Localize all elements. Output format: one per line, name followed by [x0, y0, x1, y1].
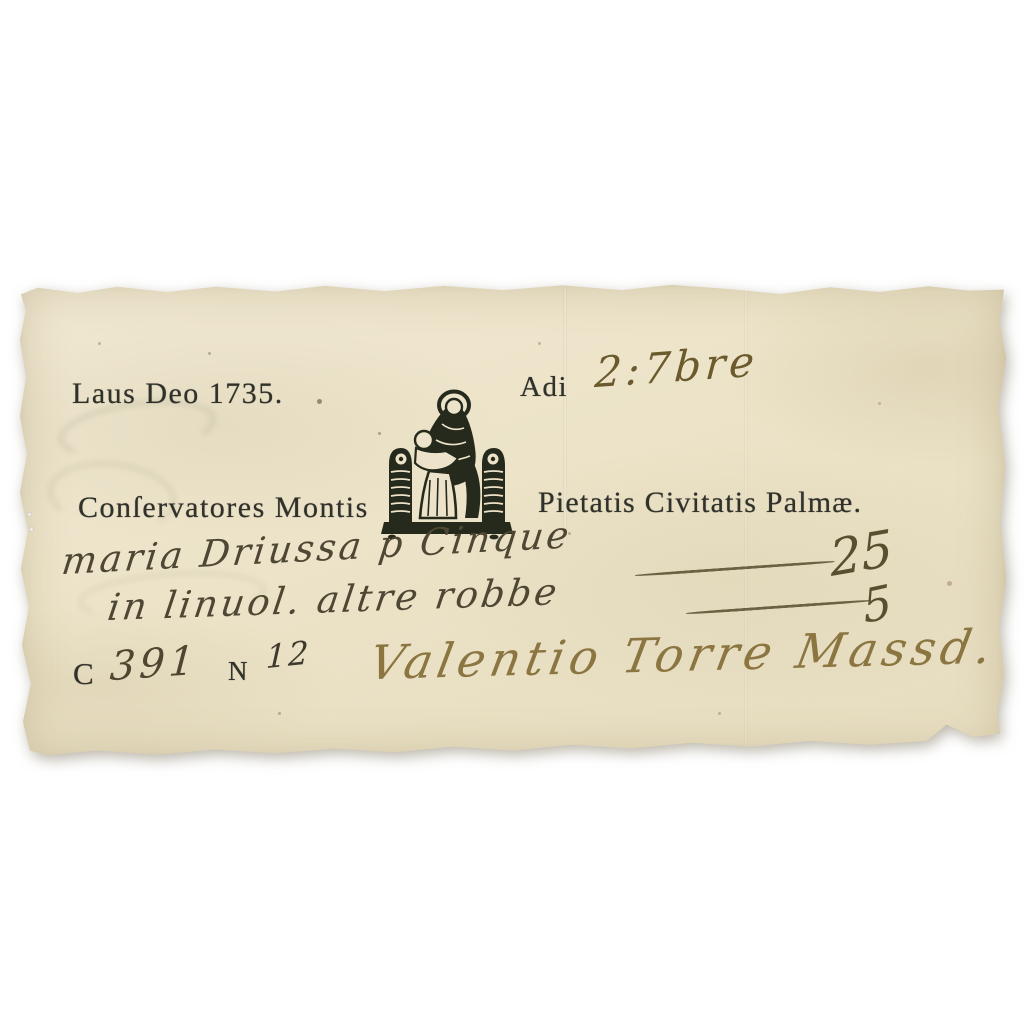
madonna-head	[446, 399, 462, 415]
printed-title-right: Pietatis Civitatis Palmæ.	[538, 486, 862, 520]
handwritten-entry-line2: in linuol. altre robbe	[105, 570, 563, 629]
amount-dash	[686, 599, 871, 615]
printed-title-left: Conſervatores Montis	[78, 491, 369, 525]
amount-dash	[635, 560, 835, 577]
pinhole	[27, 512, 32, 517]
handwritten-date: 2:7bre	[593, 336, 759, 397]
receipt-paper-shadow: Laus Deo 1735. Adi 2:7bre	[18, 282, 1008, 760]
photo-of-receipt: Laus Deo 1735. Adi 2:7bre	[0, 0, 1024, 1024]
printed-date-label: Adi	[520, 371, 568, 404]
pinhole	[29, 527, 34, 532]
printed-header-laus-deo: Laus Deo 1735.	[72, 377, 284, 411]
christ-head	[415, 431, 433, 449]
handwritten-signature: Valentio Torre Massd.	[365, 619, 1001, 691]
handwritten-item-number: 12	[265, 633, 311, 676]
printed-series-prefix: C	[73, 656, 95, 692]
foxing-specks	[18, 282, 21, 285]
printed-number-prefix: N	[228, 656, 249, 687]
receipt-paper: Laus Deo 1735. Adi 2:7bre	[18, 282, 1008, 760]
handwritten-series-number: 391	[108, 638, 199, 691]
